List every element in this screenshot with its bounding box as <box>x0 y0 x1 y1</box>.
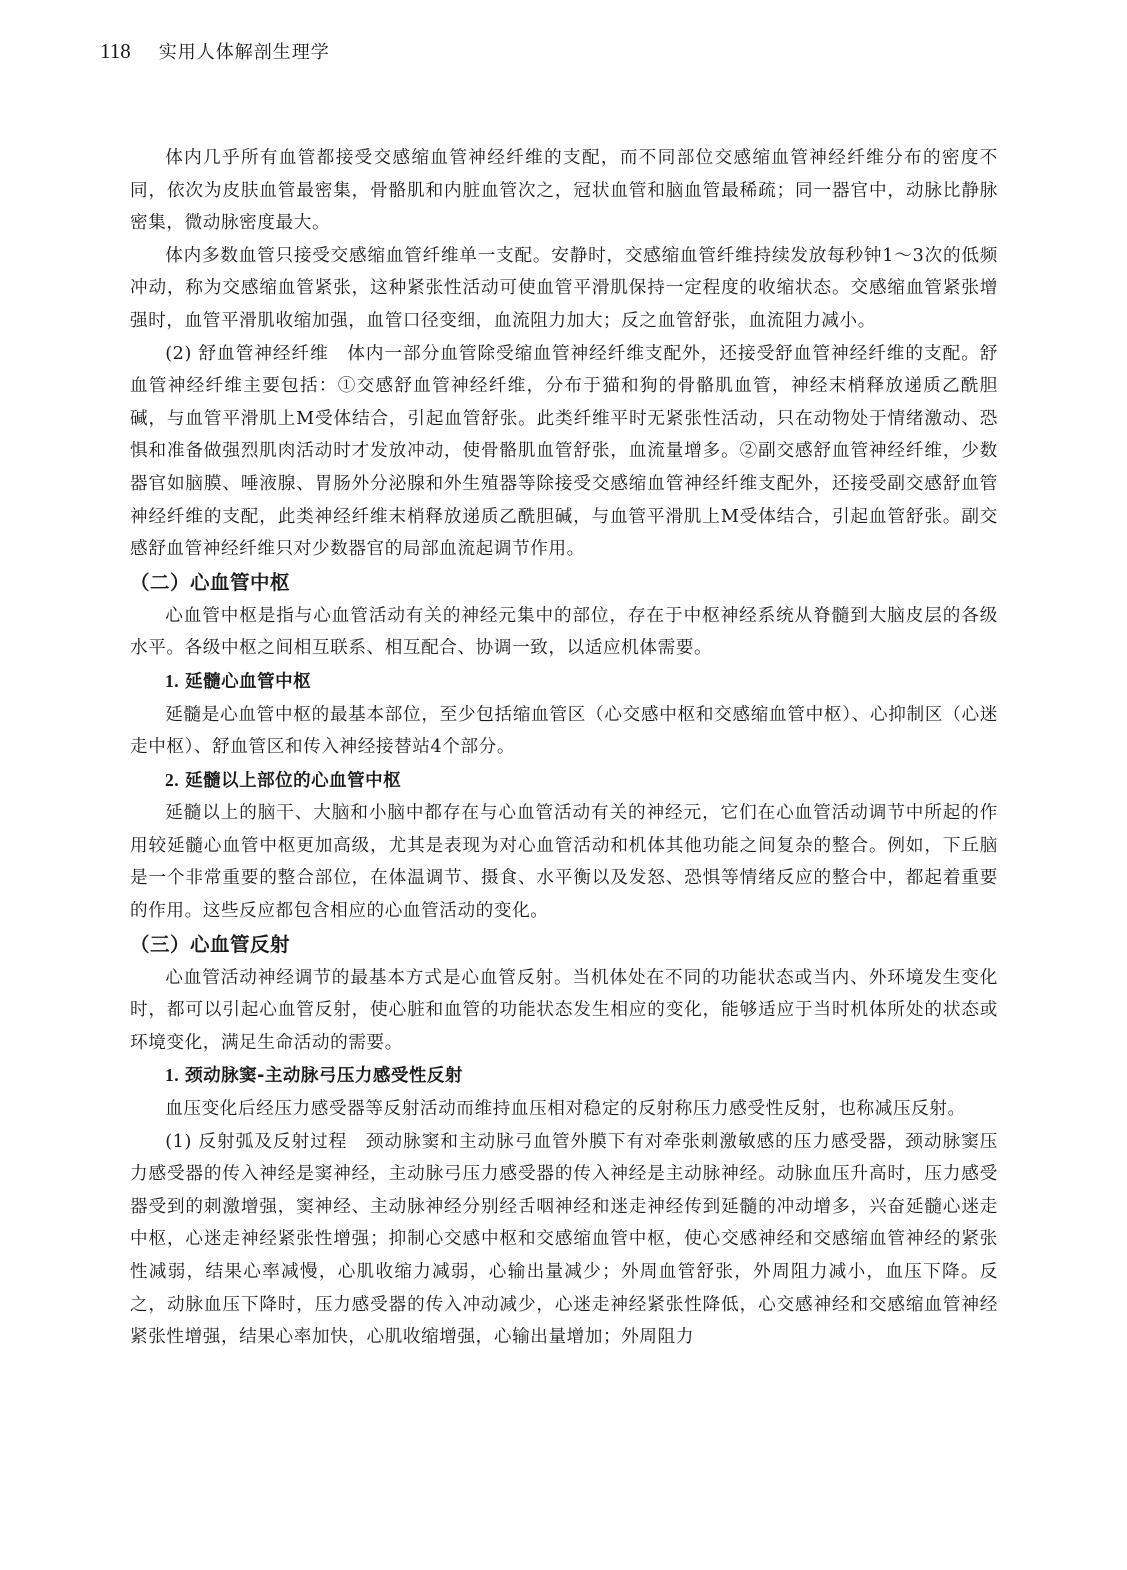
subheading-medulla-center: 1.延髓心血管中枢 <box>130 665 998 699</box>
subheading-text: 延髓以上部位的心血管中枢 <box>185 771 401 791</box>
paragraph-vasodilator-fibers: (2) 舒血管神经纤维 体内一部分血管除受缩血管神经纤维支配外，还接受舒血管神经… <box>130 338 998 566</box>
book-title: 实用人体解剖生理学 <box>159 42 330 63</box>
page-number: 118 <box>100 39 131 63</box>
section-heading-cardiovascular-reflex: （三）心血管反射 <box>130 928 998 962</box>
section-heading-cardiovascular-center: （二）心血管中枢 <box>130 566 998 600</box>
subheading-text: 延髓心血管中枢 <box>185 672 311 692</box>
paragraph-medulla-center: 延髓是心血管中枢的最基本部位，至少包括缩血管区（心交感中枢和交感缩血管中枢）、心… <box>130 699 998 764</box>
subheading-baroreceptor-reflex: 1.颈动脉窦-主动脉弓压力感受性反射 <box>130 1059 998 1093</box>
paragraph-baroreceptor-definition: 血压变化后经压力感受器等反射活动而维持血压相对稳定的反射称压力感受性反射，也称减… <box>130 1093 998 1126</box>
paragraph-higher-centers: 延髓以上的脑干、大脑和小脑中都存在与心血管活动有关的神经元，它们在心血管活动调节… <box>130 797 998 927</box>
paragraph-sympathetic-distribution: 体内几乎所有血管都接受交感缩血管神经纤维的支配，而不同部位交感缩血管神经纤维分布… <box>130 142 998 240</box>
paragraph-sympathetic-tone: 体内多数血管只接受交感缩血管纤维单一支配。安静时，交感缩血管纤维持续发放每秒钟1… <box>130 240 998 338</box>
subheading-number: 1. <box>165 671 179 691</box>
page-header: 118 实用人体解剖生理学 <box>100 38 330 64</box>
paragraph-reflex-arc: (1) 反射弧及反射过程 颈动脉窦和主动脉弓血管外膜下有对牵张刺激敏感的压力感受… <box>130 1126 998 1354</box>
subheading-text: 颈动脉窦-主动脉弓压力感受性反射 <box>185 1066 463 1086</box>
subheading-higher-centers: 2.延髓以上部位的心血管中枢 <box>130 764 998 798</box>
paragraph-center-definition: 心血管中枢是指与心血管活动有关的神经元集中的部位，存在于中枢神经系统从脊髓到大脑… <box>130 600 998 665</box>
page-body: 体内几乎所有血管都接受交感缩血管神经纤维的支配，而不同部位交感缩血管神经纤维分布… <box>130 142 998 1354</box>
paragraph-reflex-intro: 心血管活动神经调节的最基本方式是心血管反射。当机体处在不同的功能状态或当内、外环… <box>130 962 998 1060</box>
subheading-number: 1. <box>165 1065 179 1085</box>
subheading-number: 2. <box>165 770 179 790</box>
